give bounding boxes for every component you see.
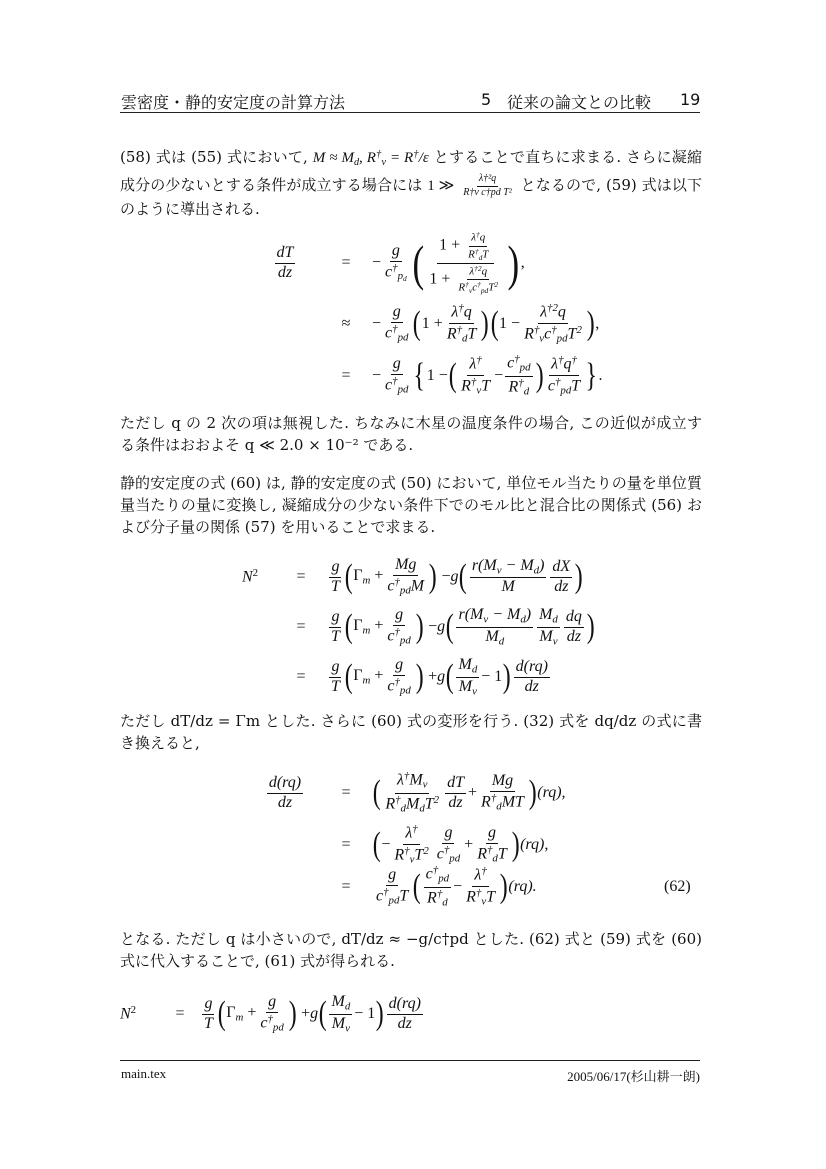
running-header-title: 雲密度・静的安定度の計算方法: [121, 90, 345, 113]
paragraph-1: (58) 式は (55) 式において, M ≈ Md, R†v = R†/ε と…: [120, 144, 702, 220]
paragraph-5: となる. ただし q は小さいので, dT/dz ≈ −g/c†pd とした. …: [120, 928, 702, 972]
section-number: 5: [481, 90, 491, 109]
footer-filename: main.tex: [121, 1066, 166, 1082]
paragraph-4: ただし dT/dz = Γm とした. さらに (60) 式の変形を行う. (3…: [120, 710, 702, 754]
paragraph-3: 静的安定度の式 (60) は, 静的安定度の式 (50) において, 単位モル当…: [120, 472, 702, 538]
inline-fraction: λ†²qR†v c†pd T²: [461, 174, 514, 198]
equation-number-62: (62): [664, 878, 691, 896]
header-rule: [120, 112, 700, 113]
footer-date-author: 2005/06/17(杉山耕一朗): [567, 1066, 700, 1085]
text: (58) 式は (55) 式において,: [120, 148, 313, 166]
page-number: 19: [680, 90, 700, 109]
math-inline: M ≈ Md, R†v = R†/ε: [313, 150, 429, 166]
math-inline: 1 ≫: [427, 178, 454, 194]
section-title: 従来の論文との比較: [507, 90, 651, 113]
paragraph-2: ただし q の 2 次の項は無視した. ちなみに木星の温度条件の場合, この近似…: [120, 412, 702, 456]
footer-rule: [120, 1060, 700, 1061]
